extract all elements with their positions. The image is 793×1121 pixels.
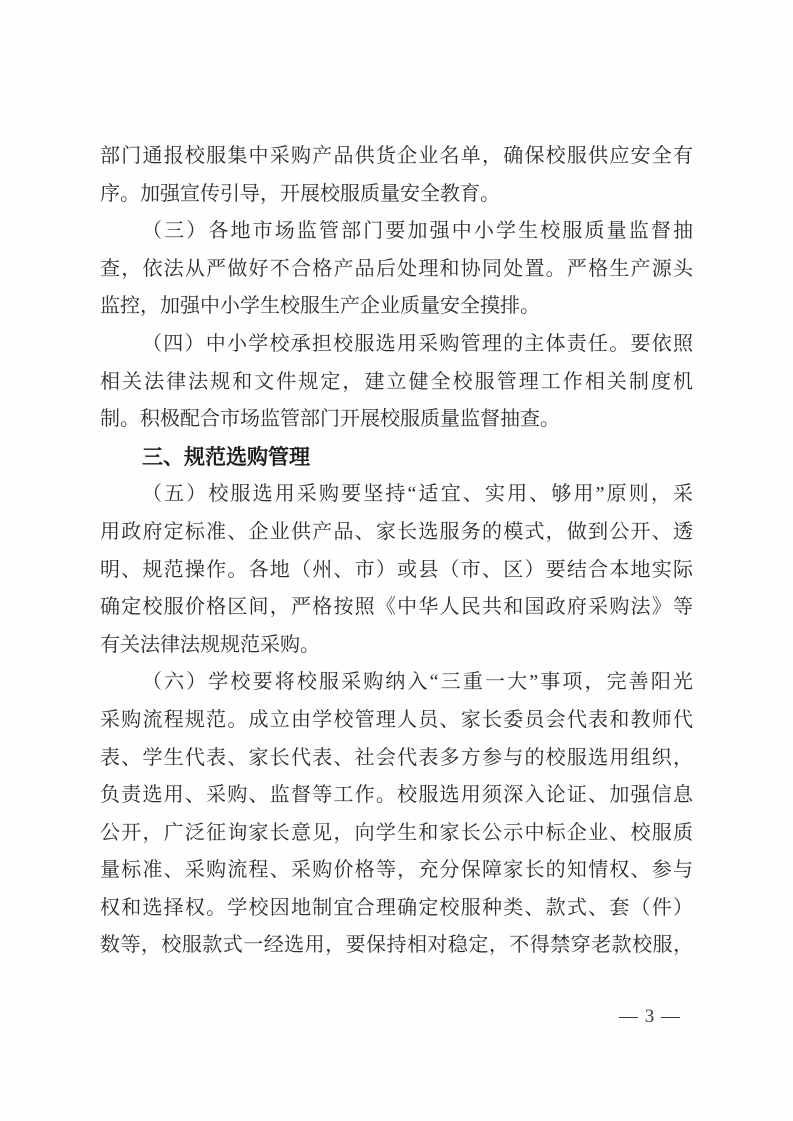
document-body: 部门通报校服集中采购产品供货企业名单，确保校服供应安全有 序。加强宣传引导，开展… <box>100 138 693 965</box>
paragraph-line: 制。积极配合市场监管部门开展校服质量监督抽查。 <box>100 401 693 439</box>
paragraph-line: （六）学校要将校服采购纳入“三重一大”事项，完善阳光 <box>100 664 693 702</box>
paragraph-line: 部门通报校服集中采购产品供货企业名单，确保校服供应安全有 <box>100 138 693 176</box>
document-page: 部门通报校服集中采购产品供货企业名单，确保校服供应安全有 序。加强宣传引导，开展… <box>0 0 793 1121</box>
section-heading: 三、规范选购管理 <box>100 439 693 477</box>
paragraph-line: 相关法律法规和文件规定，建立健全校服管理工作相关制度机 <box>100 364 693 402</box>
paragraph-line: 监控，加强中小学生校服生产企业质量安全摸排。 <box>100 288 693 326</box>
paragraph: （三）各地市场监管部门要加强中小学生校服质量监督抽 查，依法从严做好不合格产品后… <box>100 213 693 326</box>
paragraph-line: 序。加强宣传引导，开展校服质量安全教育。 <box>100 176 693 214</box>
paragraph-line: 负责选用、采购、监督等工作。校服选用须深入论证、加强信息 <box>100 777 693 815</box>
paragraph-line: （四）中小学校承担校服选用采购管理的主体责任。要依照 <box>100 326 693 364</box>
paragraph: （六）学校要将校服采购纳入“三重一大”事项，完善阳光 采购流程规范。成立由学校管… <box>100 664 693 965</box>
paragraph-line: 数等，校服款式一经选用，要保持相对稳定，不得禁穿老款校服， <box>100 927 693 965</box>
page-number: — 3 — <box>619 1004 681 1030</box>
paragraph: 部门通报校服集中采购产品供货企业名单，确保校服供应安全有 序。加强宣传引导，开展… <box>100 138 693 213</box>
paragraph-line: 公开，广泛征询家长意见，向学生和家长公示中标企业、校服质 <box>100 815 693 853</box>
paragraph-line: 有关法律法规规范采购。 <box>100 627 693 665</box>
paragraph-line: （三）各地市场监管部门要加强中小学生校服质量监督抽 <box>100 213 693 251</box>
section: 三、规范选购管理 <box>100 439 693 477</box>
paragraph-line: 确定校服价格区间，严格按照《中华人民共和国政府采购法》等 <box>100 589 693 627</box>
paragraph-line: 用政府定标准、企业供产品、家长选服务的模式，做到公开、透 <box>100 514 693 552</box>
paragraph-line: 表、学生代表、家长代表、社会代表多方参与的校服选用组织， <box>100 740 693 778</box>
paragraph-line: （五）校服选用采购要坚持“适宜、实用、够用”原则，采 <box>100 476 693 514</box>
paragraph-line: 查，依法从严做好不合格产品后处理和协同处置。严格生产源头 <box>100 251 693 289</box>
paragraph-line: 明、规范操作。各地（州、市）或县（市、区）要结合本地实际 <box>100 552 693 590</box>
paragraph-line: 采购流程规范。成立由学校管理人员、家长委员会代表和教师代 <box>100 702 693 740</box>
paragraph-line: 权和选择权。学校因地制宜合理确定校服种类、款式、套（件） <box>100 890 693 928</box>
paragraph-line: 量标准、采购流程、采购价格等，充分保障家长的知情权、参与 <box>100 852 693 890</box>
paragraph: （四）中小学校承担校服选用采购管理的主体责任。要依照 相关法律法规和文件规定，建… <box>100 326 693 439</box>
paragraph: （五）校服选用采购要坚持“适宜、实用、够用”原则，采 用政府定标准、企业供产品、… <box>100 476 693 664</box>
